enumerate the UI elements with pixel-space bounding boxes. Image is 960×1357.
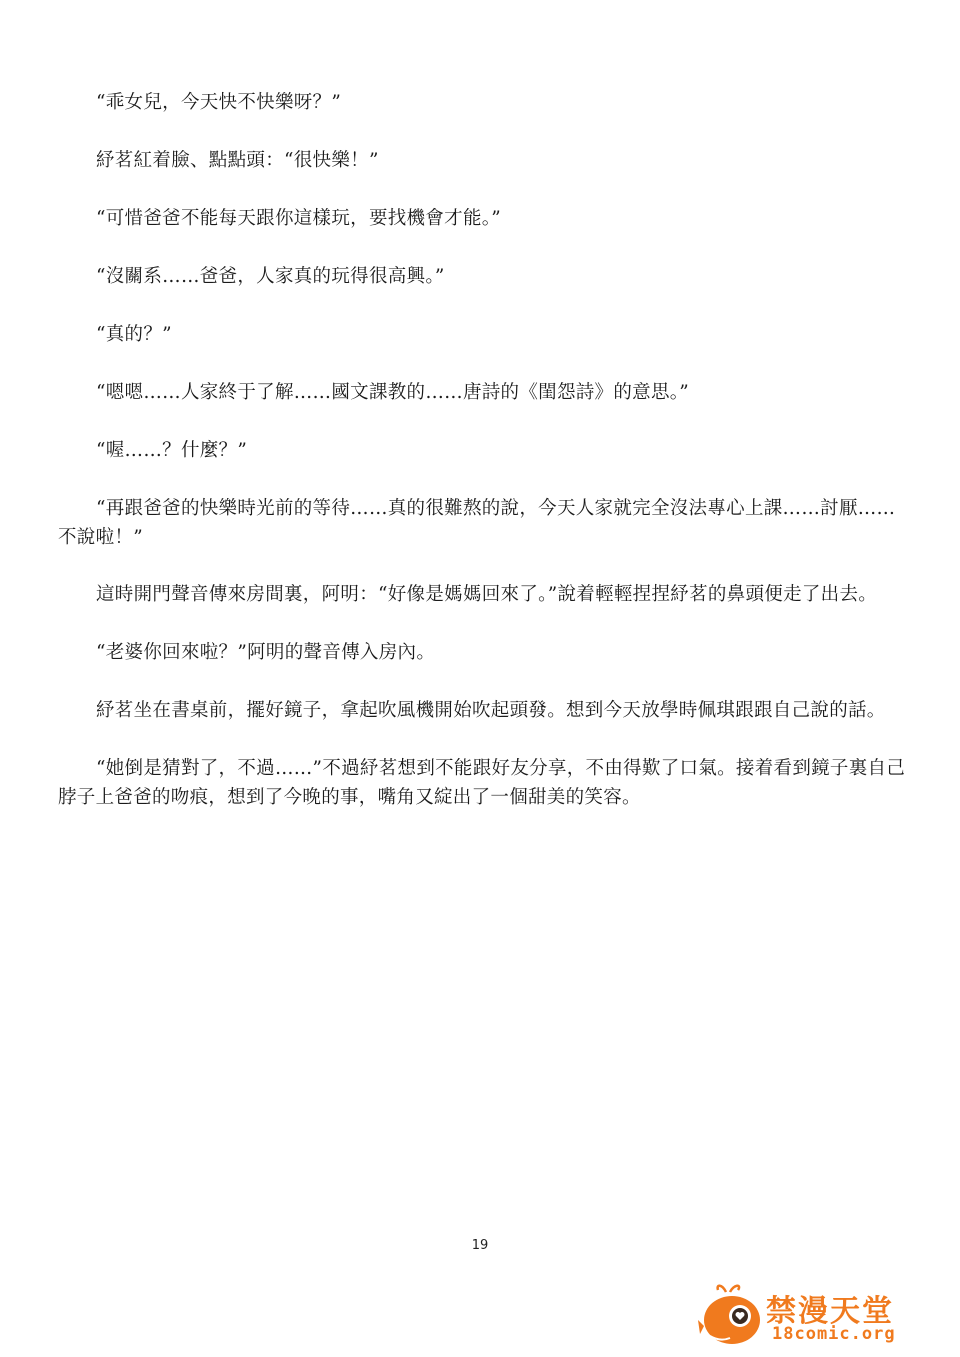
paragraph-8: “再跟爸爸的快樂時光前的等待……真的很難熬的說，今天人家就完全沒法專心上課……討…	[58, 494, 906, 552]
watermark-logo: 禁漫天堂 18comic.org	[696, 1280, 926, 1352]
paragraph-9: 這時開門聲音傳來房間裏，阿明：“好像是媽媽回來了。”說着輕輕捏捏紓茗的鼻頭便走了…	[58, 580, 906, 609]
whale-mascot-icon	[696, 1280, 768, 1352]
paragraph-3: “可惜爸爸不能每天跟你這樣玩，要找機會才能。”	[58, 204, 906, 233]
paragraph-11: 紓茗坐在書桌前，擺好鏡子，拿起吹風機開始吹起頭發。想到今天放學時佩琪跟跟自己說的…	[58, 696, 906, 725]
paragraph-6: “嗯嗯……人家終于了解……國文課教的……唐詩的《閨怨詩》的意思。”	[58, 378, 906, 407]
paragraph-4: “沒關系……爸爸，人家真的玩得很高興。”	[58, 262, 906, 291]
paragraph-2: 紓茗紅着臉、點點頭：“很快樂！”	[58, 146, 906, 175]
paragraph-12: “她倒是猜對了，不過……”不過紓茗想到不能跟好友分享，不由得歎了口氣。接着看到鏡…	[58, 754, 906, 812]
document-page: “乖女兒，今天快不快樂呀？” 紓茗紅着臉、點點頭：“很快樂！” “可惜爸爸不能每…	[0, 0, 960, 1357]
watermark-url: 18comic.org	[772, 1324, 896, 1344]
paragraph-5: “真的？”	[58, 320, 906, 349]
paragraph-7: “喔……？什麼？”	[58, 436, 906, 465]
paragraph-10: “老婆你回來啦？”阿明的聲音傳入房內。	[58, 638, 906, 667]
paragraph-1: “乖女兒，今天快不快樂呀？”	[58, 88, 906, 117]
page-number: 19	[0, 1238, 960, 1253]
